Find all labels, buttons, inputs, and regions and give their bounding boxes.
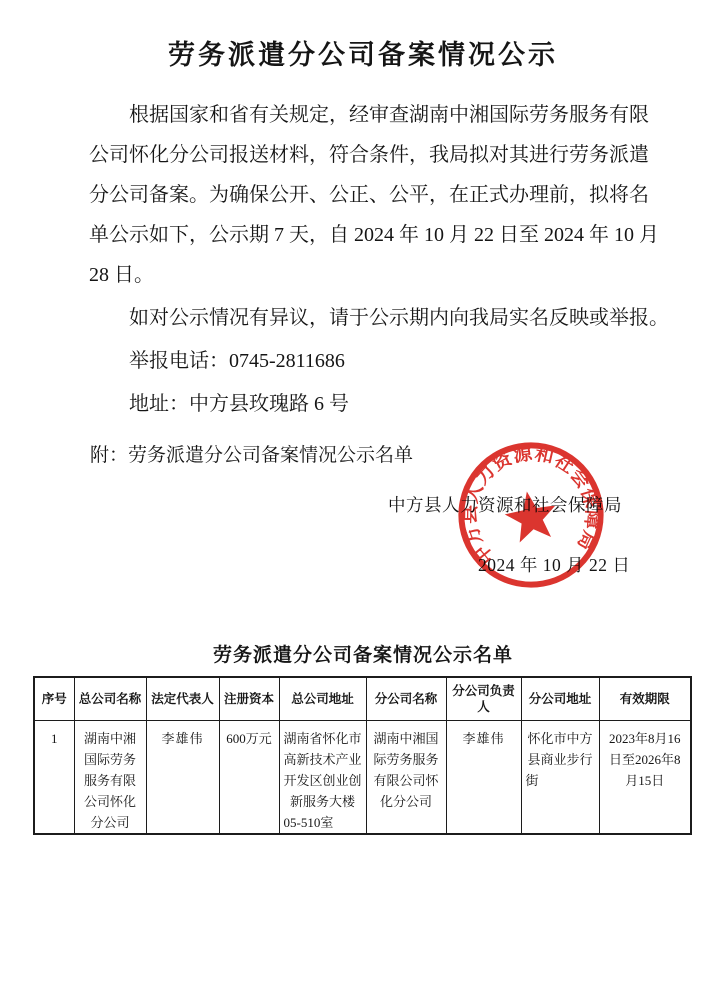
cell-branch-name: 湖南中湘国际劳务服务有限公司怀化分公司 bbox=[366, 721, 446, 835]
body-line: 分公司备案。为确保公开、公正、公平，在正式办理前，拟将名 bbox=[89, 175, 667, 215]
complaint-line: 如对公示情况有异议，请于公示期内向我局实名反映或举报。 bbox=[89, 297, 667, 340]
official-seal: 中方县人力资源和社会保障局 bbox=[438, 422, 623, 607]
body-line: 根据国家和省有关规定，经审查湖南中湘国际劳务服务有限 bbox=[89, 95, 667, 135]
body-line: 单公示如下，公示期 7 天，自 2024 年 10 月 22 日至 2024 年… bbox=[89, 215, 667, 255]
table-row: 1 湖南中湘国际劳务服务有限公司怀化分公司 李雄伟 600万元 湖南省怀化市高新… bbox=[34, 721, 691, 835]
cell-legal-representative: 李雄伟 bbox=[146, 721, 219, 835]
seal-star-icon bbox=[501, 487, 560, 544]
header-branch-principal: 分公司负责人 bbox=[446, 677, 521, 721]
announcement-document: 劳务派遣分公司备案情况公示 根据国家和省有关规定，经审查湖南中湘国际劳务服务有限… bbox=[0, 0, 726, 993]
header-branch-name: 分公司名称 bbox=[366, 677, 446, 721]
cell-registered-capital: 600万元 bbox=[219, 721, 279, 835]
table-title: 劳务派遣分公司备案情况公示名单 bbox=[0, 640, 726, 667]
body-line: 公司怀化分公司报送材料，符合条件，我局拟对其进行劳务派遣 bbox=[89, 135, 667, 175]
table-header-row: 序号 总公司名称 法定代表人 注册资本 总公司地址 分公司名称 分公司负责人 分… bbox=[34, 677, 691, 721]
body-paragraph-1: 根据国家和省有关规定，经审查湖南中湘国际劳务服务有限 公司怀化分公司报送材料，符… bbox=[89, 95, 667, 295]
cell-branch-address: 怀化市中方县商业步行街 bbox=[521, 721, 599, 835]
cell-serial: 1 bbox=[34, 721, 74, 835]
filing-table: 序号 总公司名称 法定代表人 注册资本 总公司地址 分公司名称 分公司负责人 分… bbox=[33, 676, 692, 835]
address-line: 地址：中方县玫瑰路 6 号 bbox=[89, 383, 667, 426]
attachment-note: 附：劳务派遣分公司备案情况公示名单 bbox=[90, 440, 413, 467]
report-phone-line: 举报电话：0745-2811686 bbox=[89, 340, 667, 383]
cell-validity-period: 2023年8月16日至2026年8月15日 bbox=[599, 721, 691, 835]
cell-parent-company-address: 湖南省怀化市高新技术产业开发区创业创新服务大楼05-510室 bbox=[279, 721, 366, 835]
body-paragraph-2: 如对公示情况有异议，请于公示期内向我局实名反映或举报。 举报电话：0745-28… bbox=[89, 297, 667, 426]
cell-parent-company-name: 湖南中湘国际劳务服务有限公司怀化分公司 bbox=[74, 721, 146, 835]
header-legal-representative: 法定代表人 bbox=[146, 677, 219, 721]
header-serial: 序号 bbox=[34, 677, 74, 721]
header-parent-company-address: 总公司地址 bbox=[279, 677, 366, 721]
header-branch-address: 分公司地址 bbox=[521, 677, 599, 721]
header-parent-company-name: 总公司名称 bbox=[74, 677, 146, 721]
cell-branch-principal: 李雄伟 bbox=[446, 721, 521, 835]
header-registered-capital: 注册资本 bbox=[219, 677, 279, 721]
header-validity-period: 有效期限 bbox=[599, 677, 691, 721]
body-line: 28 日。 bbox=[89, 255, 667, 295]
document-title: 劳务派遣分公司备案情况公示 bbox=[0, 33, 726, 72]
